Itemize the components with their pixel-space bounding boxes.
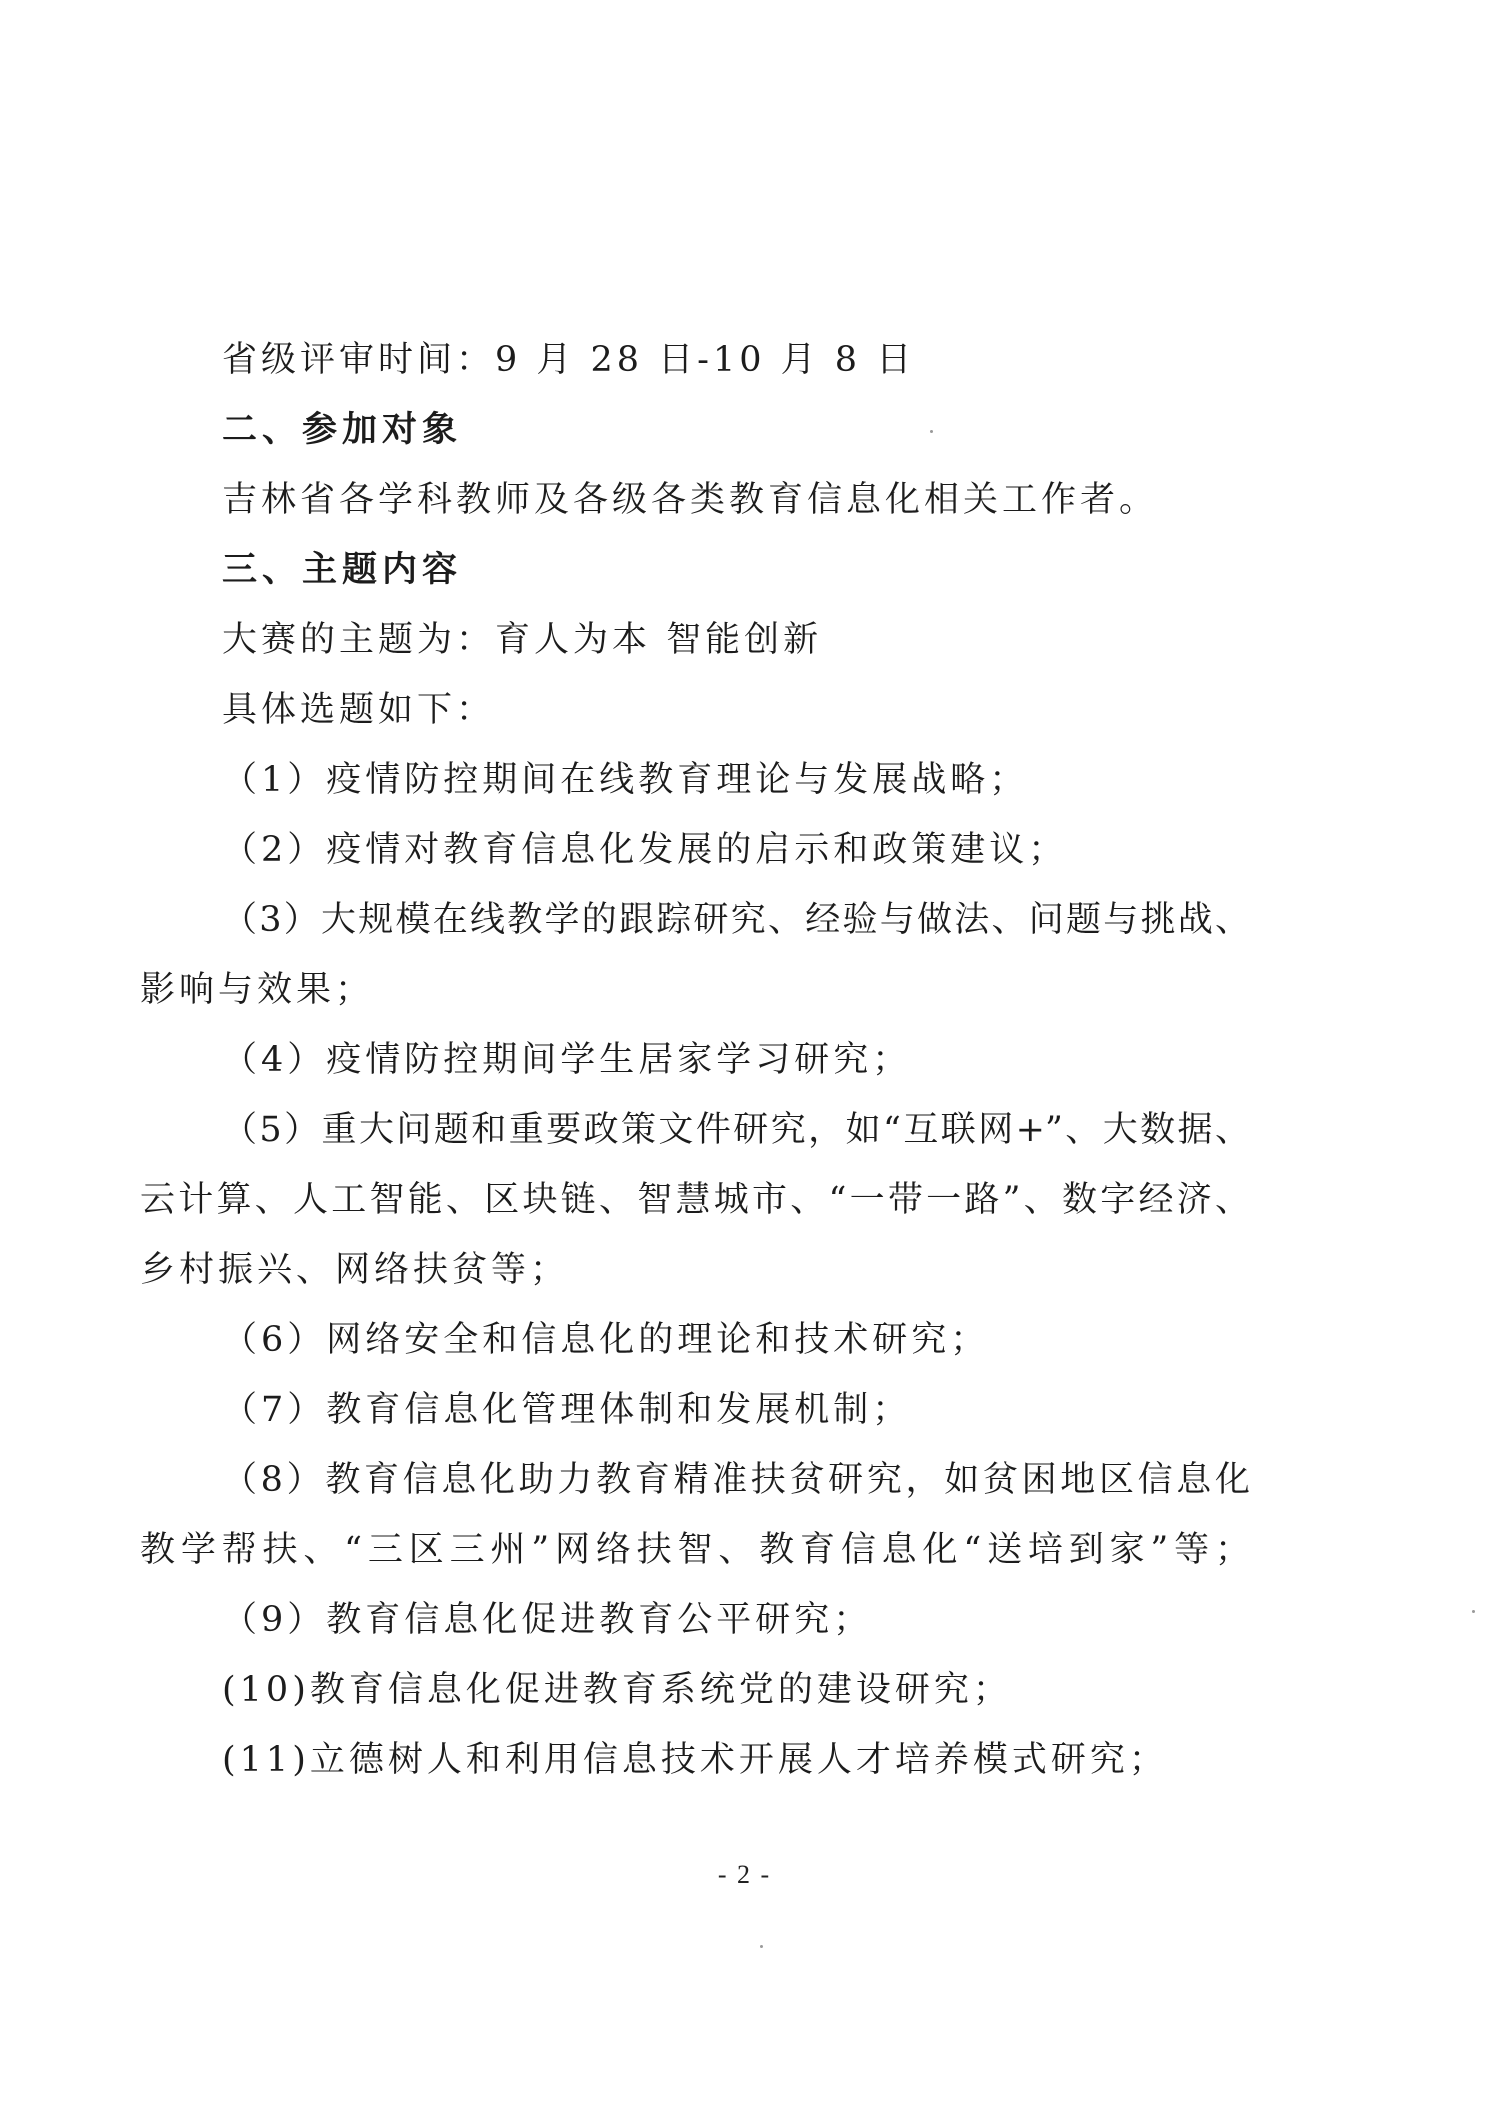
- topic-item-5-continuation-2: 乡村振兴、网络扶贫等；: [140, 1248, 1250, 1292]
- scan-speck: [1472, 1610, 1475, 1613]
- topic-item-10: (10)教育信息化促进教育系统党的建设研究；: [222, 1668, 1332, 1712]
- topic-item-3-continuation: 影响与效果；: [140, 968, 1250, 1012]
- participants-paragraph: 吉林省各学科教师及各级各类教育信息化相关工作者。: [222, 478, 1332, 522]
- topic-item-3: （3）大规模在线教学的跟踪研究、经验与做法、问题与挑战、: [222, 898, 1250, 942]
- topic-item-7: （7）教育信息化管理体制和发展机制；: [222, 1388, 1332, 1432]
- topic-item-8-continuation: 教学帮扶、“三区三州”网络扶智、教育信息化“送培到家”等；: [140, 1528, 1250, 1572]
- topic-item-6: （6）网络安全和信息化的理论和技术研究；: [222, 1318, 1332, 1362]
- scan-speck: [930, 430, 933, 433]
- section-heading-theme-content: 三、主题内容: [222, 548, 1332, 592]
- document-page: 省级评审时间：9 月 28 日-10 月 8 日 二、参加对象 吉林省各学科教师…: [0, 0, 1489, 2105]
- theme-statement: 大赛的主题为：育人为本 智能创新: [222, 618, 1332, 662]
- topic-item-2: （2）疫情对教育信息化发展的启示和政策建议；: [222, 828, 1332, 872]
- section-heading-participants: 二、参加对象: [222, 408, 1332, 452]
- topic-item-11: (11)立德树人和利用信息技术开展人才培养模式研究；: [222, 1738, 1332, 1782]
- topic-item-5-continuation-1: 云计算、人工智能、区块链、智慧城市、“一带一路”、数字经济、: [140, 1178, 1250, 1222]
- topic-item-4: （4）疫情防控期间学生居家学习研究；: [222, 1038, 1332, 1082]
- topic-item-8: （8）教育信息化助力教育精准扶贫研究，如贫困地区信息化: [222, 1458, 1250, 1502]
- scan-speck: [760, 1945, 763, 1948]
- topics-intro: 具体选题如下：: [222, 688, 1332, 732]
- topic-item-1: （1）疫情防控期间在线教育理论与发展战略；: [222, 758, 1332, 802]
- topic-item-5: （5）重大问题和重要政策文件研究，如“互联网+”、大数据、: [222, 1108, 1250, 1152]
- topic-item-9: （9）教育信息化促进教育公平研究；: [222, 1598, 1332, 1642]
- page-number: - 2 -: [0, 1860, 1489, 1890]
- review-time-line: 省级评审时间：9 月 28 日-10 月 8 日: [222, 338, 1332, 382]
